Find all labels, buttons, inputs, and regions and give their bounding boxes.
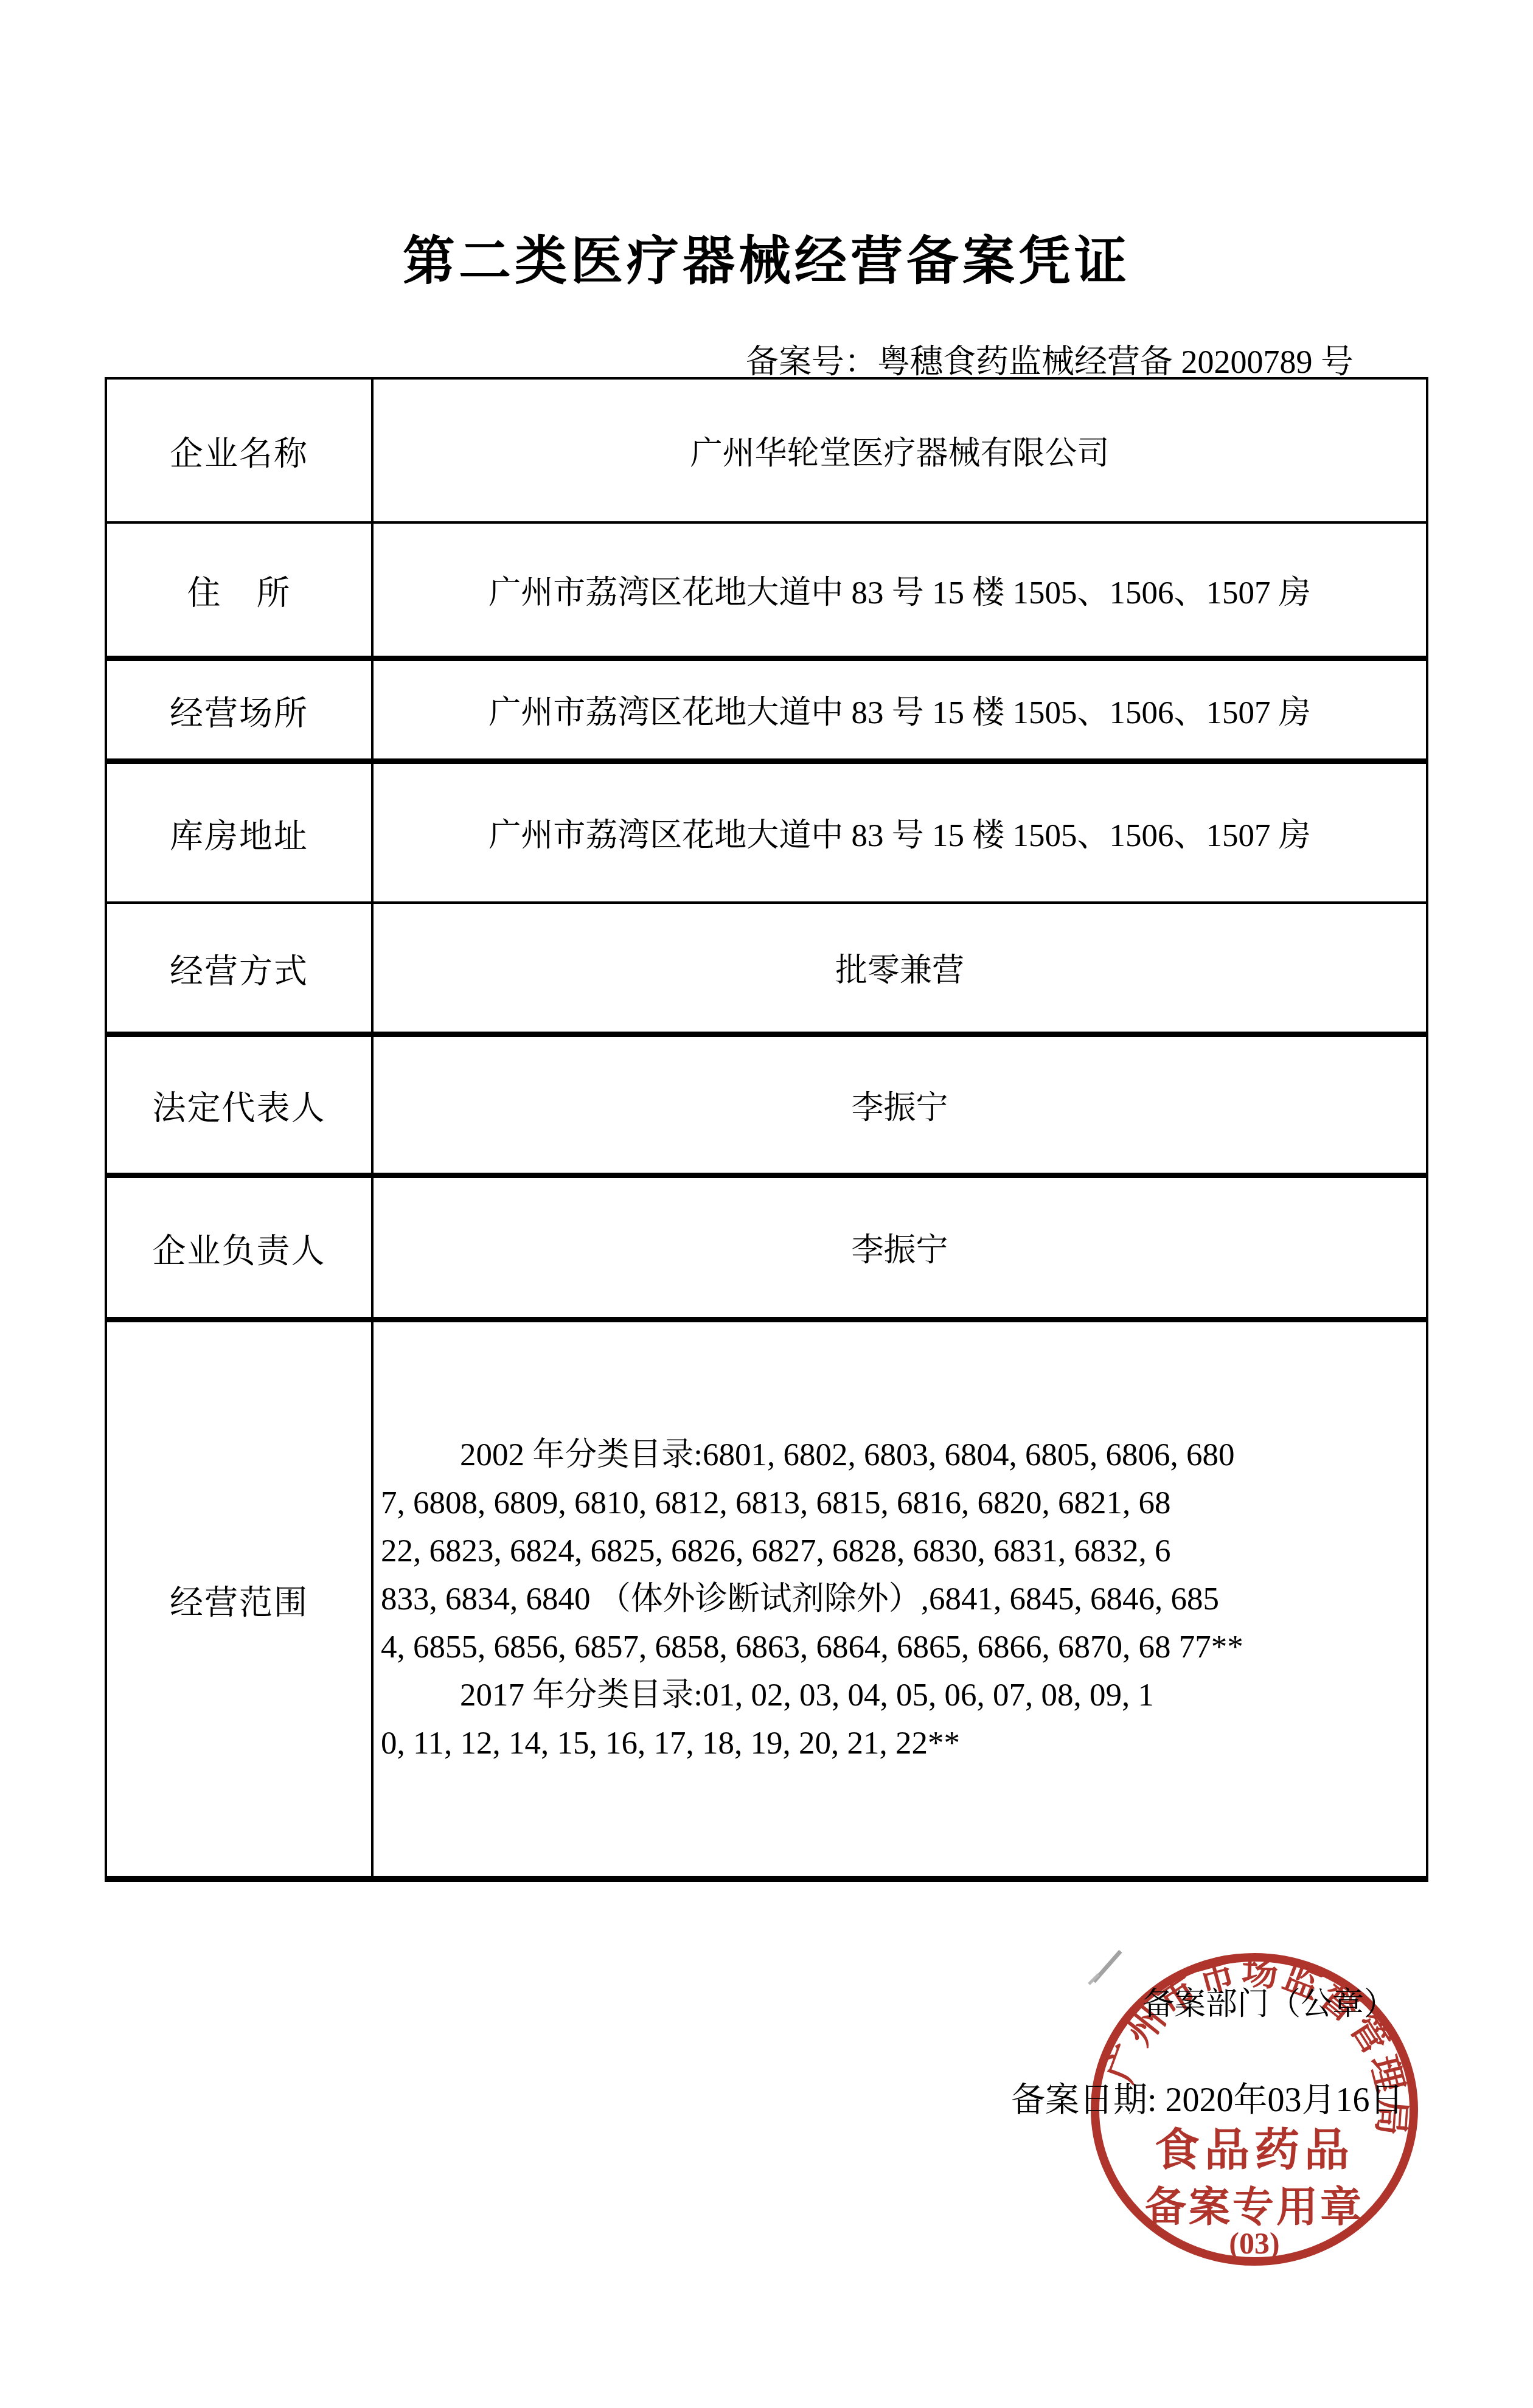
row-label-business-mode: 经营方式 — [107, 904, 374, 1032]
document-title: 第二类医疗器械经营备案凭证 — [0, 219, 1533, 294]
certificate-page: 第二类医疗器械经营备案凭证 备案号：粤穗食药监械经营备 20200789 号 企… — [0, 0, 1533, 2408]
filing-number: 备案号：粤穗食药监械经营备 20200789 号 — [746, 336, 1354, 383]
table-row: 企业负责人 李振宁 — [107, 1178, 1426, 1322]
table-row: 法定代表人 李振宁 — [107, 1037, 1426, 1178]
official-stamp: 广州市市场监督管理局 食品药品 备案专用章 (03) — [1083, 1946, 1423, 2275]
table-row: 经营范围 2002 年分类目录:6801, 6802, 6803, 6804, … — [107, 1322, 1426, 1876]
scope-line: 22, 6823, 6824, 6825, 6826, 6827, 6828, … — [381, 1527, 1419, 1575]
row-value-person-in-charge: 李振宁 — [374, 1178, 1426, 1317]
row-value-residence: 广州市荔湾区花地大道中 83 号 15 楼 1505、1506、1507 房 — [374, 524, 1426, 656]
row-value-business-premises: 广州市荔湾区花地大道中 83 号 15 楼 1505、1506、1507 房 — [374, 661, 1426, 758]
row-value-legal-representative: 李振宁 — [374, 1037, 1426, 1173]
stamp-arc-text: 广州市市场监督管理局 — [1099, 1946, 1423, 2145]
stamp-center-line1: 食品药品 — [1155, 2126, 1354, 2176]
row-label-legal-representative: 法定代表人 — [107, 1037, 374, 1173]
stamp-center-line3: (03) — [1229, 2226, 1279, 2260]
scope-line: 2017 年分类目录:01, 02, 03, 04, 05, 06, 07, 0… — [381, 1671, 1419, 1719]
scope-line: 7, 6808, 6809, 6810, 6812, 6813, 6815, 6… — [381, 1479, 1419, 1527]
table-row: 经营场所 广州市荔湾区花地大道中 83 号 15 楼 1505、1506、150… — [107, 661, 1426, 764]
row-value-business-mode: 批零兼营 — [374, 904, 1426, 1032]
row-label-person-in-charge: 企业负责人 — [107, 1178, 374, 1317]
row-value-warehouse-address: 广州市荔湾区花地大道中 83 号 15 楼 1505、1506、1507 房 — [374, 764, 1426, 901]
row-label-business-scope: 经营范围 — [107, 1322, 374, 1876]
stamp-center-line2: 备案专用章 — [1145, 2184, 1364, 2230]
row-value-business-scope: 2002 年分类目录:6801, 6802, 6803, 6804, 6805,… — [374, 1322, 1426, 1876]
scope-line: 0, 11, 12, 14, 15, 16, 17, 18, 19, 20, 2… — [381, 1719, 1419, 1768]
scope-line: 4, 6855, 6856, 6857, 6858, 6863, 6864, 6… — [381, 1623, 1419, 1671]
row-label-residence: 住 所 — [107, 524, 374, 656]
row-value-company-name: 广州华轮堂医疗器械有限公司 — [374, 380, 1426, 521]
table-row: 住 所 广州市荔湾区花地大道中 83 号 15 楼 1505、1506、1507… — [107, 524, 1426, 661]
certificate-table: 企业名称 广州华轮堂医疗器械有限公司 住 所 广州市荔湾区花地大道中 83 号 … — [105, 377, 1428, 1882]
table-row: 企业名称 广州华轮堂医疗器械有限公司 — [107, 380, 1426, 524]
table-row: 经营方式 批零兼营 — [107, 904, 1426, 1037]
row-label-business-premises: 经营场所 — [107, 661, 374, 758]
scope-line: 833, 6834, 6840 （体外诊断试剂除外）,6841, 6845, 6… — [381, 1575, 1419, 1623]
row-label-warehouse-address: 库房地址 — [107, 764, 374, 901]
row-label-company-name: 企业名称 — [107, 380, 374, 521]
scope-line: 2002 年分类目录:6801, 6802, 6803, 6804, 6805,… — [381, 1431, 1419, 1479]
table-row: 库房地址 广州市荔湾区花地大道中 83 号 15 楼 1505、1506、150… — [107, 764, 1426, 904]
